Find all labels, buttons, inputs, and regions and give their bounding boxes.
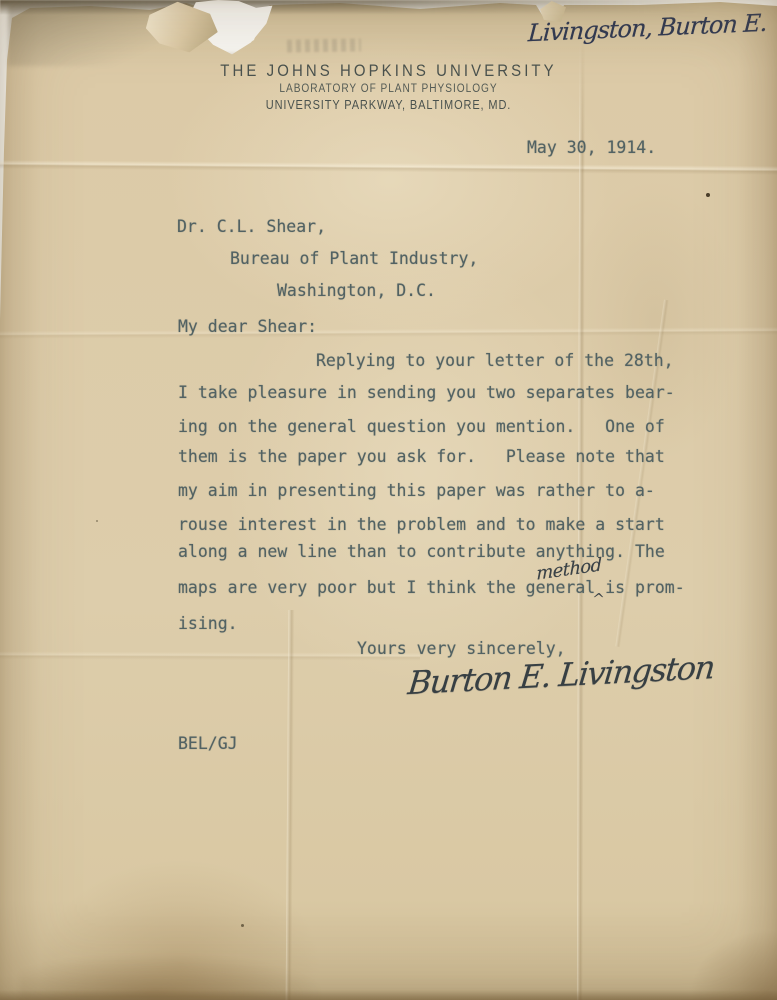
body-line: I take pleasure in sending you two separ… [178,385,675,402]
paper-speck [706,193,710,197]
body-line: Replying to your letter of the 28th, [316,353,674,370]
closing: Yours very sincerely, [357,641,566,658]
faded-stamp-mark [287,38,361,52]
recipient-location: Washington, D.C. [277,283,436,300]
salutation: My dear Shear: [178,319,317,336]
body-line: them is the paper you ask for. Please no… [178,449,665,466]
body-line: my aim in presenting this paper was rath… [178,483,655,500]
paper-speck [241,924,244,927]
letterhead-institution: THE JOHNS HOPKINS UNIVERSITY [47,62,731,79]
letter-paper [0,0,777,1000]
body-line: ising. [178,616,238,633]
scanned-letter: THE JOHNS HOPKINS UNIVERSITY LABORATORY … [0,0,777,1000]
body-line: ing on the general question you mention.… [178,419,665,436]
letter-date: May 30, 1914. [527,140,656,157]
typist-initials: BEL/GJ [178,736,238,753]
insertion-caret: ^ [591,592,605,607]
recipient-name: Dr. C.L. Shear, [177,219,326,236]
letterhead-department: LABORATORY OF PLANT PHYSIOLOGY [47,84,731,96]
letterhead-address: UNIVERSITY PARKWAY, BALTIMORE, MD. [47,99,731,112]
paper-speck [96,520,98,522]
body-line: maps are very poor but I think the gener… [178,580,685,597]
recipient-organization: Bureau of Plant Industry, [230,251,478,268]
body-line: rouse interest in the problem and to mak… [178,517,665,534]
